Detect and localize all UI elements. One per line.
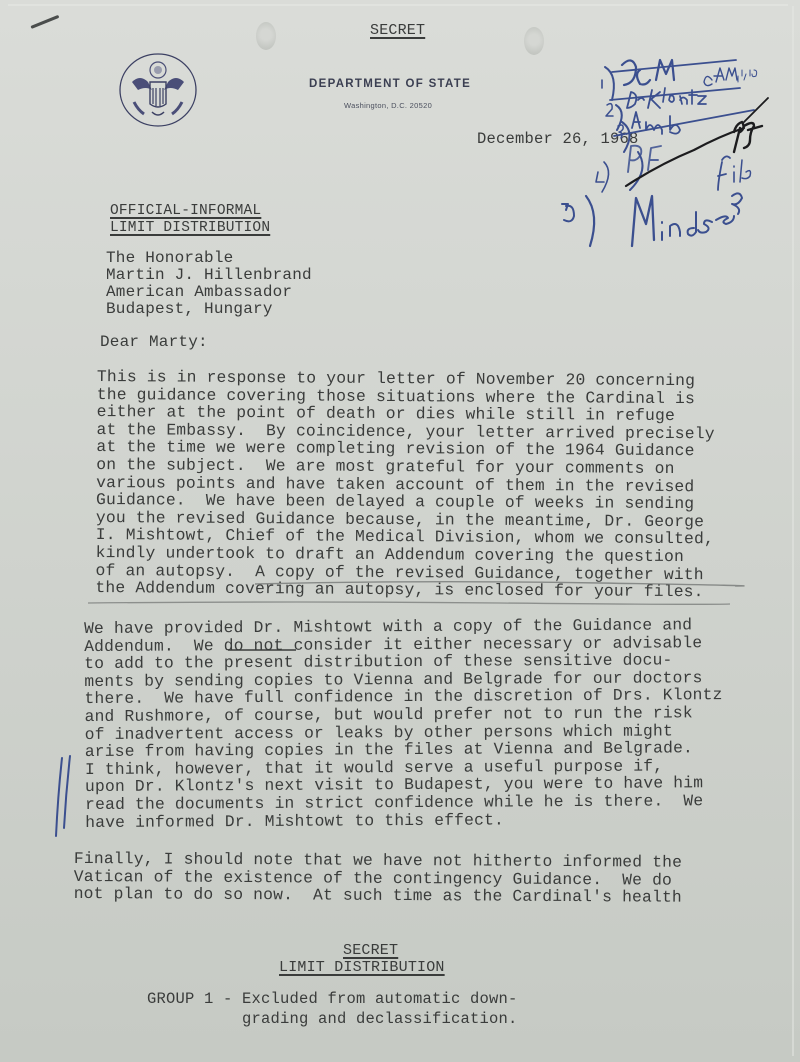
paragraph-2: We have provided Dr. Mishtowt with a cop… [84,616,723,831]
handling-line: OFFICIAL-INFORMAL [110,203,261,219]
letter-date: December 26, 1968 [477,130,639,148]
paper-edge [8,4,788,6]
addressee-line: Budapest, Hungary [106,300,273,318]
us-great-seal-icon [118,52,198,128]
group-note-line: grading and declassification. [147,1010,518,1028]
group-note-line: GROUP 1 - Excluded from automatic down- [147,990,518,1008]
letterhead-department: DEPARTMENT OF STATE [309,78,471,90]
addressee-block: The Honorable Martin J. Hillenbrand Amer… [106,250,312,318]
letterhead-address: Washington, D.C. 20520 [344,101,432,110]
paragraph-line: the Addendum covering an autopsy, is enc… [95,578,703,601]
scanned-letter-page: SECRET DEPARTMENT OF STATE Washington, D… [0,0,800,1062]
declassification-group-note: GROUP 1 - Excluded from automatic down- … [147,989,518,1029]
classification-line: SECRET [343,942,398,959]
pjf-initials [734,122,762,152]
addressee-line: The Honorable [106,249,233,267]
paragraph-3: Finally, I should note that we have not … [74,850,683,906]
paragraph-line: not plan to do so now. At such time as t… [74,884,682,907]
margin-line [64,756,70,828]
staple [30,15,59,29]
margin-line [56,758,62,836]
pf-strike-line [626,128,744,186]
punch-hole [524,27,544,55]
paper-edge [792,6,794,1056]
addressee-line: Martin J. Hillenbrand [106,266,312,284]
classification-line: LIMIT DISTRIBUTION [279,959,445,976]
classification-marking-top: SECRET [370,22,425,40]
handling-caveat: OFFICIAL-INFORMAL LIMIT DISTRIBUTION [110,203,270,237]
punch-hole [256,22,276,50]
pencil-underline-sentence [88,602,730,604]
routing-bracket [605,67,614,100]
addressee-line: American Ambassador [106,283,292,301]
paragraph-line: have informed Dr. Mishtowt to this effec… [85,810,504,832]
paragraph-1: This is in response to your letter of No… [95,368,715,601]
salutation: Dear Marty: [100,333,208,351]
classification-marking-bottom: SECRET LIMIT DISTRIBUTION [279,942,445,976]
handling-line: LIMIT DISTRIBUTION [110,220,270,236]
